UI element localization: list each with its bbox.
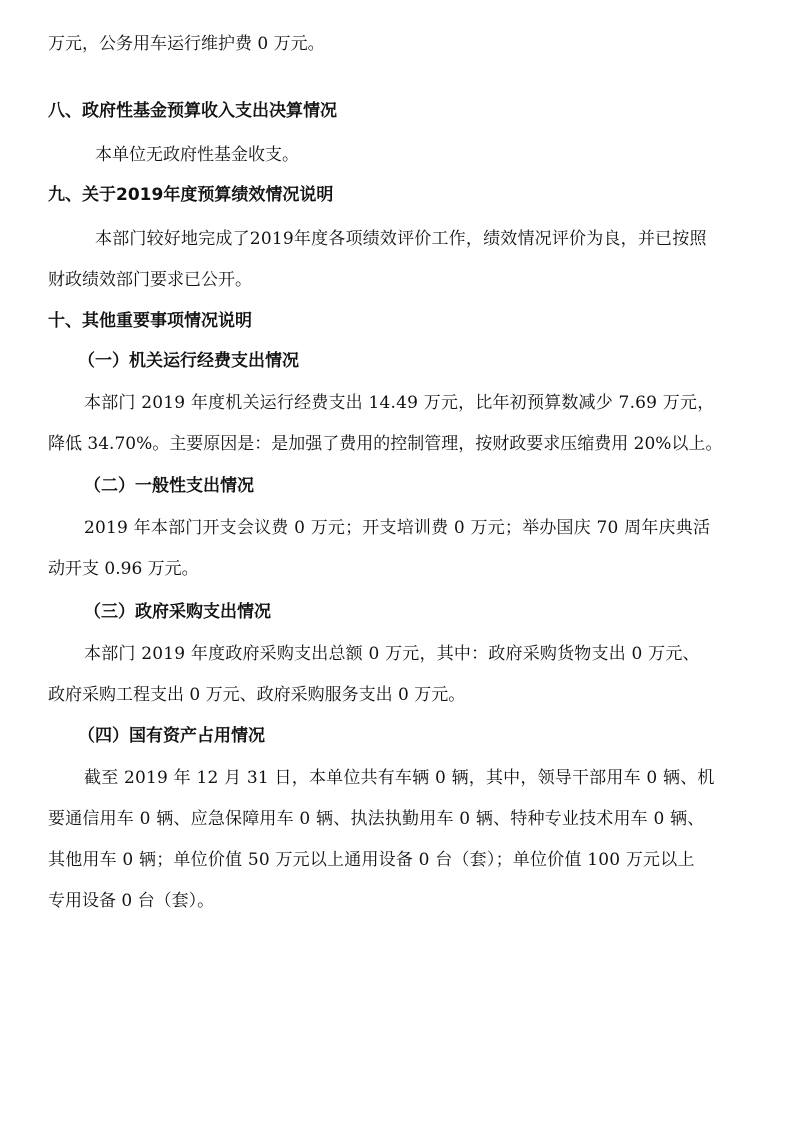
paragraph-line: 动开支 0.96 万元。 — [48, 557, 199, 581]
subsection-heading-2: （二）一般性支出情况 — [84, 474, 254, 498]
paragraph-line: 本单位无政府性基金收支。 — [95, 143, 299, 167]
subsection-heading-1: （一）机关运行经费支出情况 — [78, 349, 299, 373]
paragraph-line: 其他用车 0 辆；单位价值 50 万元以上通用设备 0 台（套）；单位价值 10… — [48, 848, 695, 872]
paragraph-line: 本部门较好地完成了2019年度各项绩效评价工作，绩效情况评价为良，并已按照 — [95, 227, 707, 251]
paragraph-line: 降低 34.70%。主要原因是：是加强了费用的控制管理，按财政要求压缩费用 20… — [48, 432, 722, 456]
subsection-heading-3: （三）政府采购支出情况 — [84, 600, 271, 624]
paragraph-line: 万元，公务用车运行维护费 0 万元。 — [48, 32, 325, 56]
paragraph-line: 政府采购工程支出 0 万元、政府采购服务支出 0 万元。 — [48, 683, 465, 707]
paragraph-line: 截至 2019 年 12 月 31 日，本单位共有车辆 0 辆，其中，领导干部用… — [84, 766, 715, 790]
document-page: 万元，公务用车运行维护费 0 万元。 八、政府性基金预算收入支出决算情况 本单位… — [0, 0, 793, 1122]
paragraph-line: 本部门 2019 年度机关运行经费支出 14.49 万元，比年初预算数减少 7.… — [84, 391, 714, 415]
section-heading-10: 十、其他重要事项情况说明 — [48, 309, 252, 333]
paragraph-line: 专用设备 0 台（套）。 — [48, 889, 214, 913]
section-heading-8: 八、政府性基金预算收入支出决算情况 — [48, 99, 337, 123]
paragraph-line: 要通信用车 0 辆、应急保障用车 0 辆、执法执勤用车 0 辆、特种专业技术用车… — [48, 807, 705, 831]
paragraph-line: 2019 年本部门开支会议费 0 万元；开支培训费 0 万元；举办国庆 70 周… — [84, 516, 710, 540]
subsection-heading-4: （四）国有资产占用情况 — [78, 724, 265, 748]
paragraph-line: 本部门 2019 年度政府采购支出总额 0 万元，其中：政府采购货物支出 0 万… — [84, 642, 700, 666]
section-heading-9: 九、关于2019年度预算绩效情况说明 — [48, 183, 333, 207]
paragraph-line: 财政绩效部门要求已公开。 — [48, 268, 252, 292]
